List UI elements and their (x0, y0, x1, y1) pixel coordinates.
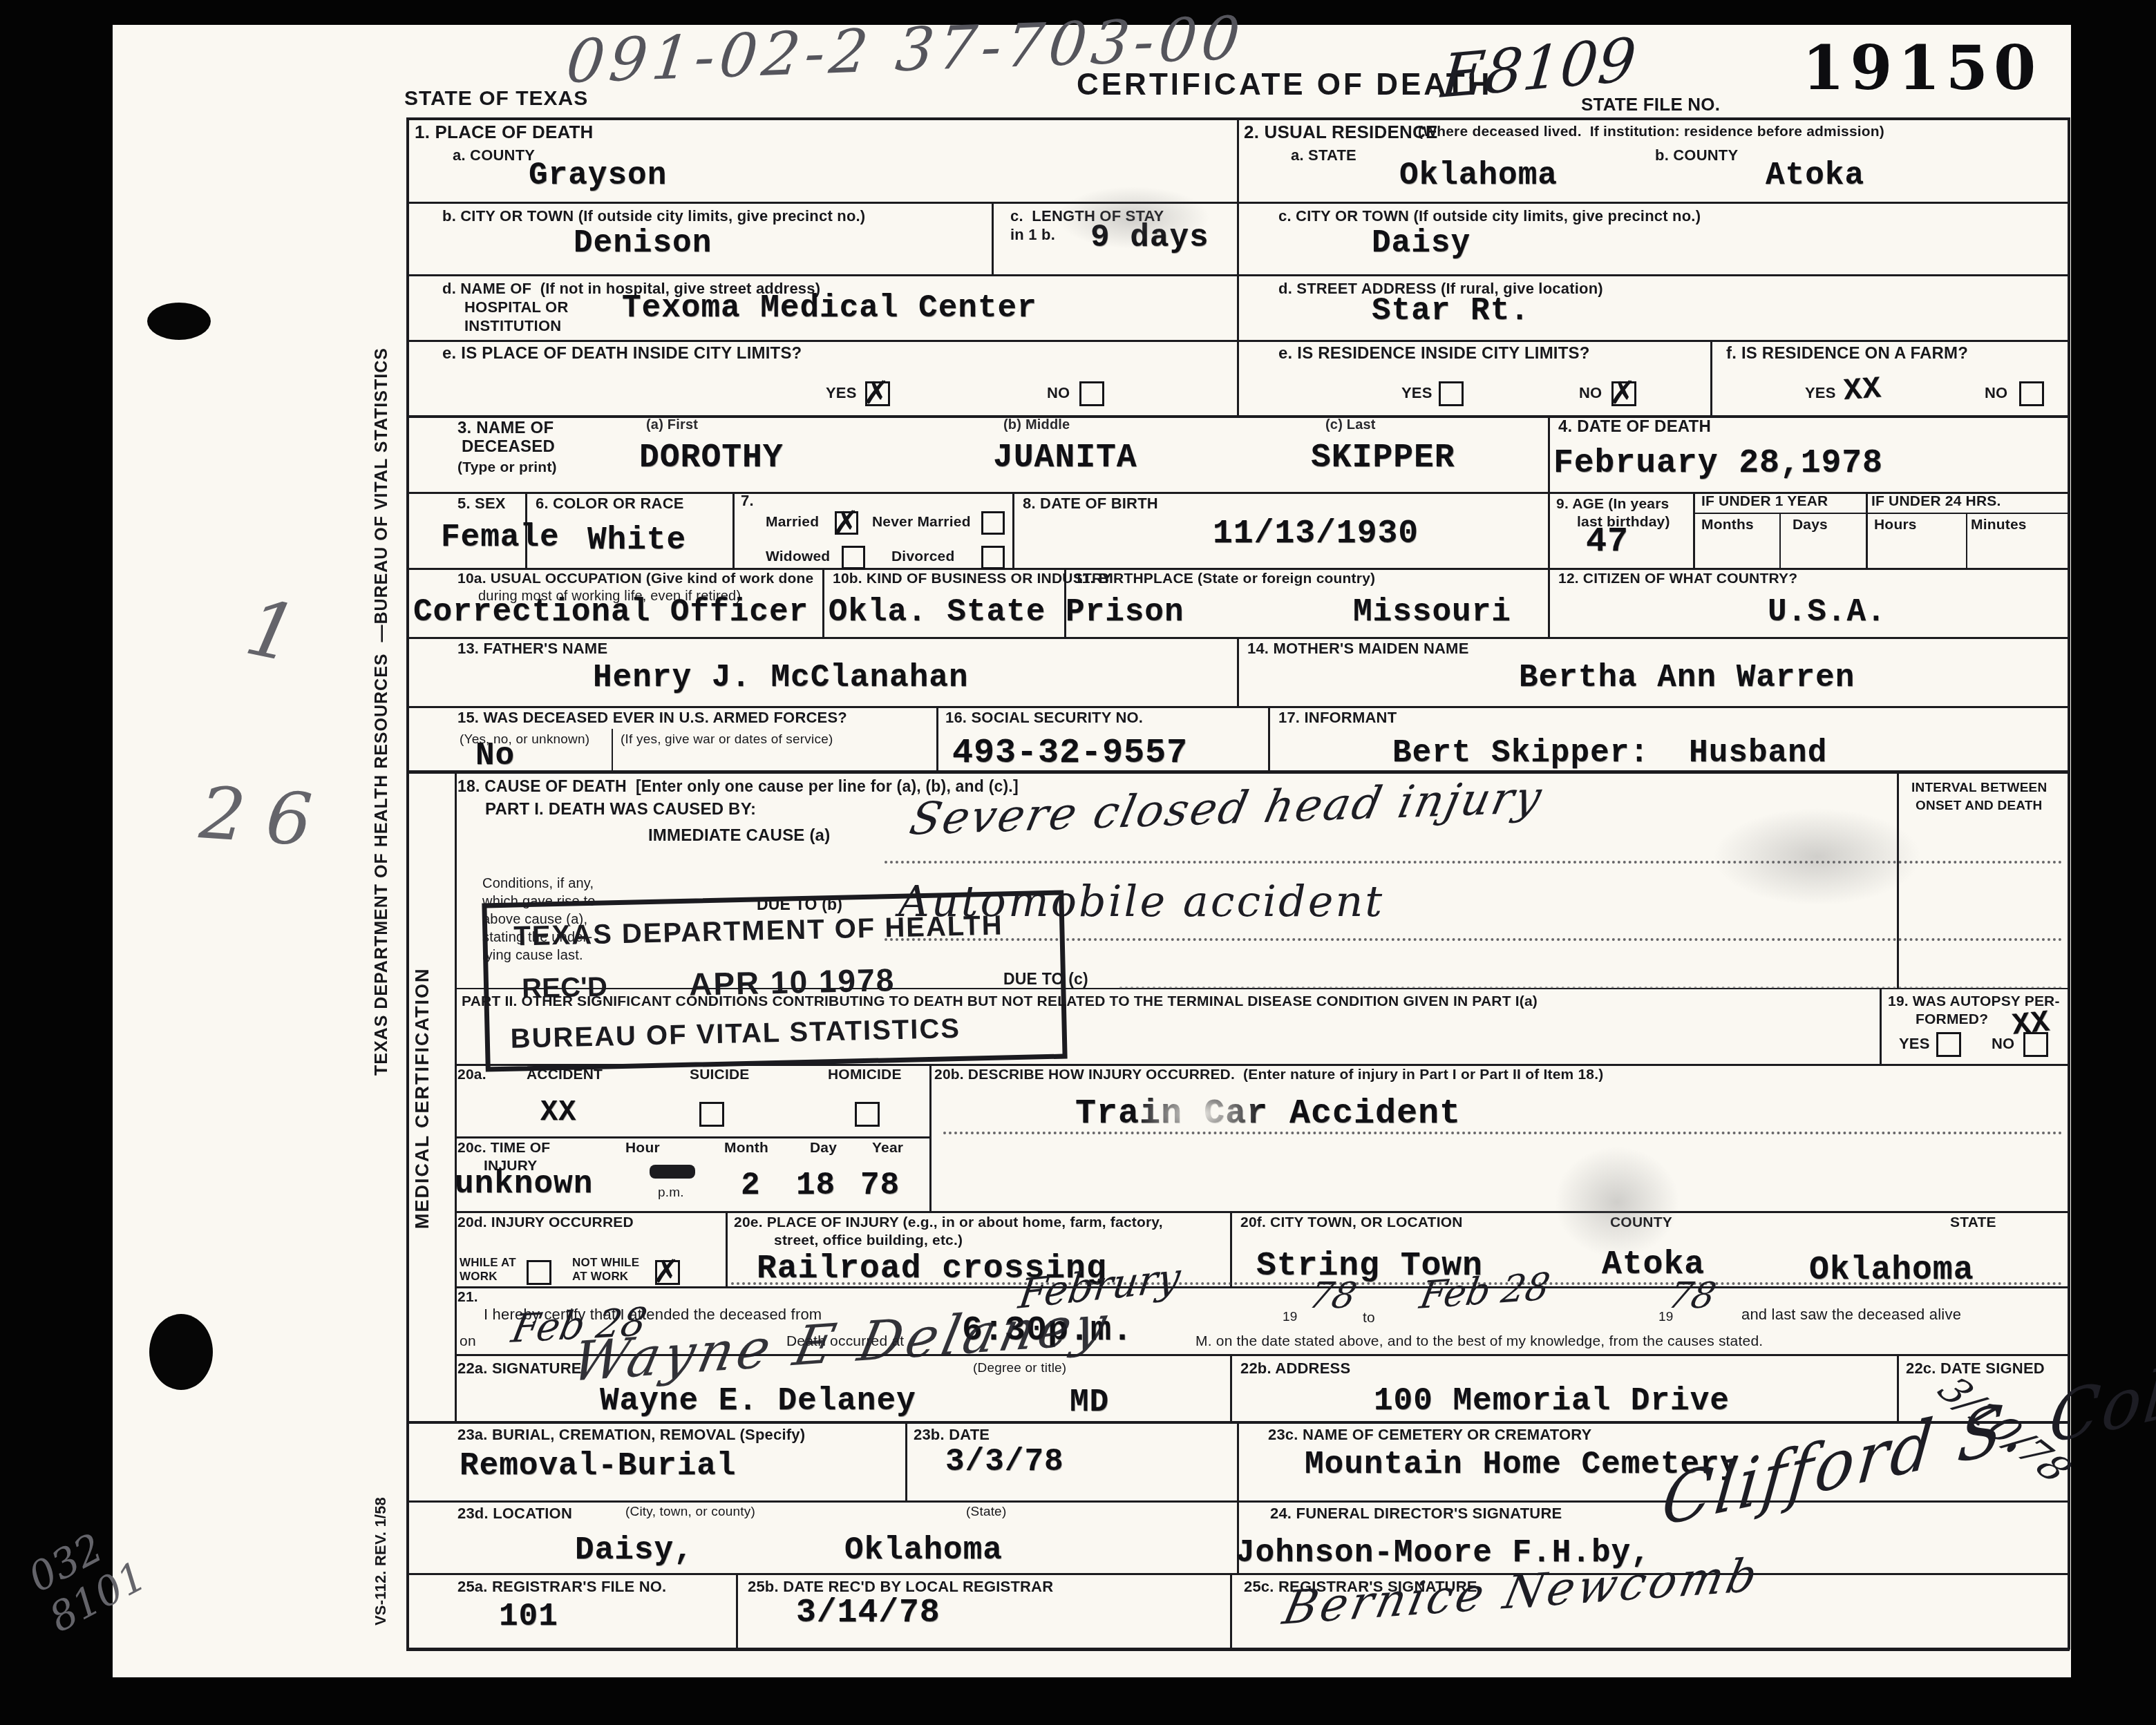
autopsy-no-xx-mark: XX (2011, 1005, 2052, 1043)
pencil-mark-26: 26 (197, 770, 335, 864)
mother-value: Bertha Ann Warren (1519, 660, 1855, 696)
citizen-label: 12. CITIZEN OF WHAT COUNTRY? (1558, 571, 1797, 587)
informant-value: Bert Skipper: Husband (1392, 735, 1827, 771)
residence-farm-label: f. IS RESIDENCE ON A FARM? (1726, 344, 1968, 363)
dod-label: 4. DATE OF DEATH (1558, 417, 1711, 437)
part1-label: PART I. DEATH WAS CAUSED BY: (485, 800, 756, 819)
widowed-label: Widowed (766, 549, 830, 565)
hour-label: Hour (625, 1140, 660, 1156)
interval-label-1: INTERVAL BETWEEN (1911, 781, 2047, 796)
place-of-death-section-label: 1. PLACE OF DEATH (415, 122, 594, 143)
cemetery-label: 23c. NAME OF CEMETERY OR CREMATORY (1268, 1426, 1591, 1444)
injury-state-caption: STATE (1950, 1214, 1996, 1231)
not-while-label-2: AT WORK (572, 1270, 628, 1284)
never-married-checkbox (981, 511, 1005, 535)
under-1-year-label: IF UNDER 1 YEAR (1701, 493, 1828, 510)
residence-no-checkbox-checked (1611, 381, 1636, 406)
state-file-number: 19150 (1802, 32, 2041, 104)
received-stamp: TEXAS DEPARTMENT OF HEALTH REC'D APR 10 … (482, 890, 1067, 1071)
medical-certification-label: MEDICAL CERTIFICATION (412, 774, 451, 1423)
farm-yes-label: YES (1805, 384, 1836, 402)
armed-forces-label: 15. WAS DECEASED EVER IN U.S. ARMED FORC… (457, 709, 847, 727)
burial-date-value: 3/3/78 (945, 1444, 1064, 1480)
certify-text-2: and last saw the deceased alive (1741, 1306, 1961, 1324)
scan-smudge-white (1133, 1081, 1265, 1147)
armed-forces-value: No (475, 738, 515, 774)
location-city-value: Daisy, (575, 1532, 694, 1568)
registrar-date-value: 3/14/78 (796, 1594, 940, 1632)
residence-county-label: b. COUNTY (1655, 146, 1738, 164)
farm-no-label: NO (1985, 384, 2007, 402)
deceased-label-3: (Type or print) (457, 459, 557, 476)
pod-stay-label-2: in 1 b. (1010, 226, 1055, 244)
middle-name-value: JUANITA (993, 439, 1137, 477)
part2-label: PART II. OTHER SIGNIFICANT CONDITIONS CO… (462, 993, 1538, 1010)
injury-20b-label: 20b. DESCRIBE HOW INJURY OCCURRED. (Ente… (934, 1067, 1603, 1083)
physician-degree-value: MD (1070, 1384, 1109, 1420)
certify-to: to (1363, 1310, 1375, 1326)
burial-label: 23a. BURIAL, CREMATION, REMOVAL (Specify… (457, 1426, 805, 1444)
stamp-line1: TEXAS DEPARTMENT OF HEALTH (513, 910, 1003, 952)
certify-text-3: M. on the date stated above, and to the … (1195, 1333, 1763, 1350)
year-label: Year (872, 1140, 903, 1156)
not-while-label-1: NOT WHILE (572, 1256, 639, 1270)
state-of-texas: STATE OF TEXAS (404, 87, 588, 111)
minutes-label: Minutes (1971, 517, 2027, 533)
injury-year-value: 78 (860, 1168, 900, 1203)
pod-county-value: Grayson (529, 158, 667, 193)
married-checkbox-checked (835, 511, 858, 535)
months-label: Months (1701, 517, 1754, 533)
hole-punch-top (147, 303, 211, 340)
injury-day-value: 18 (796, 1168, 835, 1203)
middle-name-caption: (b) Middle (1003, 417, 1070, 433)
citizen-value: U.S.A. (1768, 594, 1886, 630)
month-label: Month (724, 1140, 768, 1156)
certificate-title: CERTIFICATE OF DEATH (1077, 68, 1492, 102)
injury-20a-label: 20a. (457, 1067, 486, 1083)
sex-value: Female (441, 520, 560, 555)
residence-city-limits-label: e. IS RESIDENCE INSIDE CITY LIMITS? (1278, 344, 1590, 363)
last-name-caption: (c) Last (1325, 417, 1376, 433)
location-state-caption: (State) (966, 1505, 1006, 1520)
autopsy-yes-checkbox (1936, 1032, 1961, 1057)
under-24-hrs-label: IF UNDER 24 HRS. (1871, 493, 2001, 510)
sex-label: 5. SEX (457, 495, 506, 513)
marital-label: 7. (741, 492, 754, 510)
father-value: Henry J. McClanahan (593, 660, 969, 696)
days-label: Days (1793, 517, 1828, 533)
injury-20e-label-1: 20e. PLACE OF INJURY (e.g., in or about … (734, 1214, 1163, 1231)
location-city-caption: (City, town, or county) (625, 1505, 755, 1520)
dob-value: 11/13/1930 (1213, 515, 1419, 553)
divorced-checkbox (981, 546, 1005, 569)
residence-yes-label: YES (1401, 384, 1432, 402)
location-label: 23d. LOCATION (457, 1505, 572, 1523)
armed-forces-sub2: (If yes, give war or dates of service) (621, 732, 833, 747)
homicide-checkbox (855, 1102, 880, 1127)
father-label: 13. FATHER'S NAME (457, 640, 607, 658)
funeral-director-label: 24. FUNERAL DIRECTOR'S SIGNATURE (1270, 1505, 1562, 1523)
accident-xx-mark: XX (540, 1096, 576, 1129)
dod-value: February 28,1978 (1553, 445, 1883, 482)
autopsy-yes-label: YES (1899, 1035, 1930, 1053)
residence-section-paren: (Where deceased lived. If institution: r… (1418, 124, 1884, 140)
conditions-line-1: Conditions, if any, (482, 876, 594, 892)
scanned-death-certificate: 1 26 032 8101 TEXAS DEPARTMENT OF HEALTH… (0, 0, 2156, 1725)
pm-label: p.m. (658, 1185, 684, 1201)
age-label-1: 9. AGE (In years (1556, 496, 1670, 513)
pod-yes-checkbox-checked (865, 381, 890, 406)
registrar-date-label: 25b. DATE REC'D BY LOCAL REGISTRAR (748, 1578, 1053, 1596)
married-label: Married (766, 514, 819, 531)
scan-smudge-gray-3 (1057, 187, 1209, 249)
race-value: White (587, 522, 686, 558)
state-file-no-label: STATE FILE NO. (1581, 94, 1720, 115)
scan-smudge-gray-1 (1555, 1147, 1679, 1257)
dob-label: 8. DATE OF BIRTH (1023, 495, 1158, 513)
pod-no-checkbox (1079, 381, 1104, 406)
deceased-label-2: DECEASED (462, 437, 555, 457)
injury-20f-label: 20f. CITY TOWN, OR LOCATION (1240, 1214, 1463, 1231)
ssn-value: 493-32-9557 (952, 734, 1188, 773)
deceased-label-1: 3. NAME OF (457, 419, 554, 438)
first-name-caption: (a) First (646, 417, 698, 433)
signature-label: 22a. SIGNATURE (457, 1360, 582, 1378)
residence-state-value: Oklahoma (1399, 158, 1558, 193)
interval-label-2: ONSET AND DEATH (1916, 799, 2043, 814)
day-label: Day (810, 1140, 837, 1156)
informant-label: 17. INFORMANT (1278, 709, 1397, 727)
race-label: 6. COLOR OR RACE (536, 495, 684, 513)
immediate-cause-label: IMMEDIATE CAUSE (a) (648, 826, 830, 846)
residence-street-value: Star Rt. (1372, 293, 1530, 329)
pod-city-value: Denison (574, 225, 712, 261)
registrar-file-label: 25a. REGISTRAR'S FILE NO. (457, 1578, 666, 1596)
widowed-checkbox (842, 546, 865, 569)
residence-section-label: 2. USUAL RESIDENCE (1244, 122, 1438, 143)
autopsy-label-2: FORMED? (1916, 1011, 1988, 1028)
injury-20e-label-2: street, office building, etc.) (774, 1232, 963, 1249)
injury-20c-label-1: 20c. TIME OF (457, 1140, 550, 1156)
pod-city-limits-label: e. IS PLACE OF DEATH INSIDE CITY LIMITS? (442, 344, 802, 363)
registrar-file-value: 101 (499, 1599, 558, 1635)
location-state-value: Oklahoma (844, 1532, 1003, 1568)
pod-hospital-label-3: INSTITUTION (464, 317, 561, 335)
first-name-value: DOROTHY (639, 439, 784, 477)
not-while-checkbox-checked (655, 1260, 680, 1285)
last-name-value: SKIPPER (1311, 439, 1455, 477)
pod-no-label: NO (1047, 384, 1070, 402)
pod-hospital-label-2: HOSPITAL OR (464, 298, 569, 316)
mother-label: 14. MOTHER'S MAIDEN NAME (1247, 640, 1469, 658)
stamp-line3: BUREAU OF VITAL STATISTICS (510, 1013, 961, 1055)
residence-no-label: NO (1579, 384, 1602, 402)
margin-department-label: TEXAS DEPARTMENT OF HEALTH RESOURCES —BU… (372, 121, 399, 1302)
pod-city-label: b. CITY OR TOWN (If outside city limits,… (442, 207, 865, 225)
address-value: 100 Memorial Drive (1374, 1383, 1730, 1419)
while-at-work-label-1: WHILE AT (460, 1256, 516, 1270)
suicide-checkbox (699, 1102, 724, 1127)
homicide-label: HOMICIDE (828, 1067, 902, 1083)
scan-smudge-gray-2 (1714, 808, 1921, 905)
injury-hour-value: unknown (455, 1166, 593, 1202)
certify-19-first: 19 (1283, 1310, 1298, 1325)
hours-label: Hours (1874, 517, 1917, 533)
date-signed-label: 22c. DATE SIGNED (1906, 1360, 2045, 1378)
am-strikeout-mark (650, 1165, 695, 1179)
residence-yes-checkbox (1439, 381, 1464, 406)
birthplace-value: Missouri (1353, 594, 1511, 630)
occupation-value: Correctional Officer Okla. State Prison (413, 594, 1184, 630)
while-at-work-checkbox (527, 1260, 551, 1285)
industry-label: 10b. KIND OF BUSINESS OR INDUSTRY (833, 571, 1112, 587)
residence-city-value: Daisy (1372, 225, 1471, 261)
residence-city-label: c. CITY OR TOWN (If outside city limits,… (1278, 207, 1701, 225)
residence-county-value: Atoka (1766, 158, 1864, 193)
injury-month-value: 2 (741, 1168, 761, 1203)
autopsy-no-label: NO (1992, 1035, 2014, 1053)
farm-yes-xx-mark: XX (1842, 372, 1882, 409)
burial-date-label: 23b. DATE (914, 1426, 990, 1444)
pod-county-label: a. COUNTY (453, 146, 535, 164)
burial-method-value: Removal-Burial (460, 1448, 736, 1484)
pod-yes-label: YES (826, 384, 857, 402)
address-label: 22b. ADDRESS (1240, 1360, 1350, 1378)
degree-caption: (Degree or title) (973, 1361, 1066, 1376)
residence-state-label: a. STATE (1291, 146, 1356, 164)
physician-name-typed: Wayne E. Delaney (600, 1383, 916, 1419)
age-value: 47 (1586, 522, 1629, 562)
while-at-work-label-2: WORK (460, 1270, 498, 1284)
ssn-label: 16. SOCIAL SECURITY NO. (945, 709, 1143, 727)
never-married-label: Never Married (872, 514, 971, 531)
occupation-label-1: 10a. USUAL OCCUPATION (Give kind of work… (457, 571, 813, 587)
farm-no-checkbox (2019, 381, 2044, 406)
divorced-label: Divorced (891, 549, 954, 565)
certify-number: 21. (457, 1289, 478, 1306)
injury-20d-label: 20d. INJURY OCCURRED (457, 1214, 634, 1231)
certify-on: on (460, 1333, 476, 1350)
pod-hospital-value: Texoma Medical Center (622, 290, 1037, 326)
suicide-label: SUICIDE (690, 1067, 750, 1083)
hole-punch-bottom (149, 1314, 213, 1390)
accident-label: ACCIDENT (527, 1067, 603, 1083)
margin-form-code: VS-112. REV. 1/58 (372, 1471, 397, 1651)
birthplace-label: 11. BIRTHPLACE (State or foreign country… (1075, 571, 1375, 587)
